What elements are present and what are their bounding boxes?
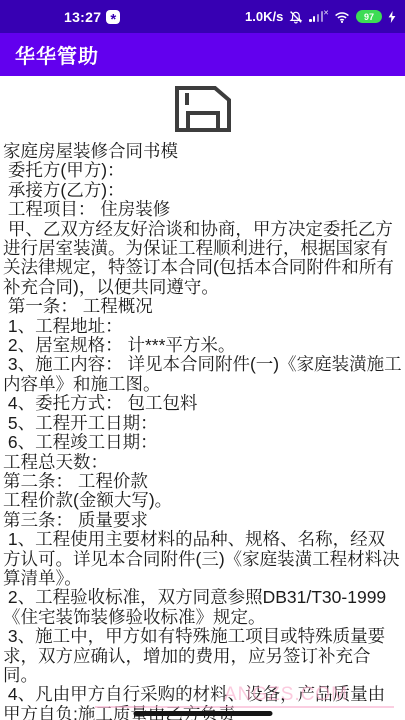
- app-title: 华华管助: [15, 40, 99, 69]
- contract-line: 3、施工中，甲方如有特殊施工项目或特殊质量要求，双方应确认，增加的费用，应另签订…: [3, 627, 402, 685]
- contract-line: 第一条： 工程概况: [3, 297, 402, 316]
- contract-line: 第三条： 质量要求: [3, 511, 402, 530]
- app-bar: 华华管助: [0, 33, 405, 76]
- contract-line: 家庭房屋装修合同书模: [3, 142, 402, 161]
- contract-line: 1、工程使用主要材料的品种、规格、名称，经双方认可。详见本合同附件(三)《家庭装…: [3, 530, 402, 588]
- contract-line: 工程项目： 住房装修: [3, 200, 402, 219]
- clock: 13:27: [64, 9, 101, 25]
- contract-line: 3、施工内容： 详见本合同附件(一)《家庭装潢施工内容单》和施工图。: [3, 355, 402, 394]
- document-scroll-area[interactable]: 家庭房屋装修合同书模 委托方(甲方)： 承接方(乙方)： 工程项目： 住房装修 …: [0, 76, 405, 720]
- charging-bolt-icon: [388, 11, 396, 23]
- notification-app-icon: *: [106, 10, 120, 24]
- status-bar-left: 13:27 *: [64, 9, 120, 25]
- contract-line: 2、工程验收标准，双方同意参照DB31/T30-1999《住宅装饰装修验收标准》…: [3, 588, 402, 627]
- save-icon[interactable]: [173, 85, 233, 133]
- contract-line: 委托方(甲方)：: [3, 161, 402, 180]
- wifi-icon: [334, 11, 350, 23]
- contract-line: 工程总天数：: [3, 453, 402, 472]
- status-bar: 13:27 * 1.0K/s ✕ 97: [0, 0, 405, 33]
- signal-strength-icon: ✕: [309, 11, 328, 22]
- network-speed: 1.0K/s: [245, 9, 283, 24]
- battery-indicator: 97: [356, 10, 382, 23]
- contract-line: 2、居室规格： 计***平方米。: [3, 336, 402, 355]
- muted-bell-icon: [289, 10, 303, 24]
- contract-line: 甲、乙双方经友好洽谈和协商，甲方决定委托乙方进行居室装潢。为保证工程顺利进行，根…: [3, 220, 402, 298]
- gesture-nav-handle[interactable]: [133, 711, 272, 716]
- contract-line: 4、委托方式： 包工包料: [3, 394, 402, 413]
- contract-line: 承接方(乙方)：: [3, 181, 402, 200]
- contract-line: 6、工程竣工日期：: [3, 433, 402, 452]
- contract-line: 1、工程地址：: [3, 317, 402, 336]
- contract-line: 第二条： 工程价款: [3, 472, 402, 491]
- status-bar-right: 1.0K/s ✕ 97: [245, 9, 396, 24]
- contract-line: 5、工程开工日期：: [3, 414, 402, 433]
- contract-line: 工程价款(金额大写)。: [3, 491, 402, 510]
- contract-text: 家庭房屋装修合同书模 委托方(甲方)： 承接方(乙方)： 工程项目： 住房装修 …: [0, 142, 405, 720]
